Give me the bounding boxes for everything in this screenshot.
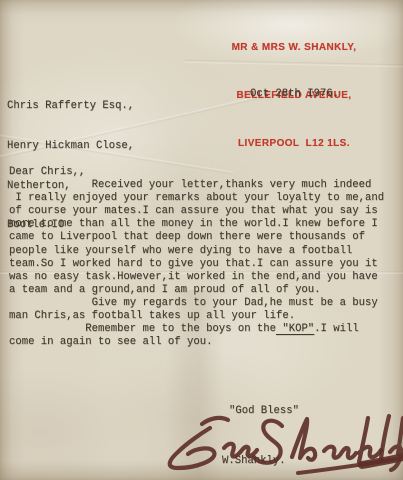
letter-date: Oct 28th I976. <box>250 88 339 100</box>
signature-underline-blob <box>362 457 403 465</box>
signature-stroke-k <box>359 418 381 462</box>
body-text-start: Dear Chris,, Received your letter,thanks… <box>9 166 384 335</box>
signature-stroke-y <box>390 418 403 470</box>
typed-signature-name: W.Shankly. <box>222 455 286 467</box>
signature-underline <box>298 458 403 473</box>
letterhead-city: LIVERPOOL L12 1LS. <box>214 136 374 152</box>
signature-stroke-an <box>324 447 356 458</box>
letter-body: Dear Chris,, Received your letter,thanks… <box>9 166 401 349</box>
signature-stroke-bill <box>170 428 215 468</box>
recipient-street: Henry Hickman Close, <box>7 140 134 153</box>
letter-page: MR & MRS W. SHANKLY, BELLEFIELD AVENUE, … <box>0 0 403 480</box>
closing-god-bless: "God Bless" <box>229 405 299 417</box>
signature-stroke-h <box>292 419 315 460</box>
signature-stroke-l <box>381 416 389 460</box>
signature-stroke-bill-top <box>202 418 228 424</box>
letterhead-name: MR & MRS W. SHANKLY, <box>214 40 374 56</box>
kop-underlined-text: "KOP" <box>276 323 314 335</box>
handwritten-signature <box>140 408 403 480</box>
recipient-name: Chris Rafferty Esq., <box>7 100 134 113</box>
